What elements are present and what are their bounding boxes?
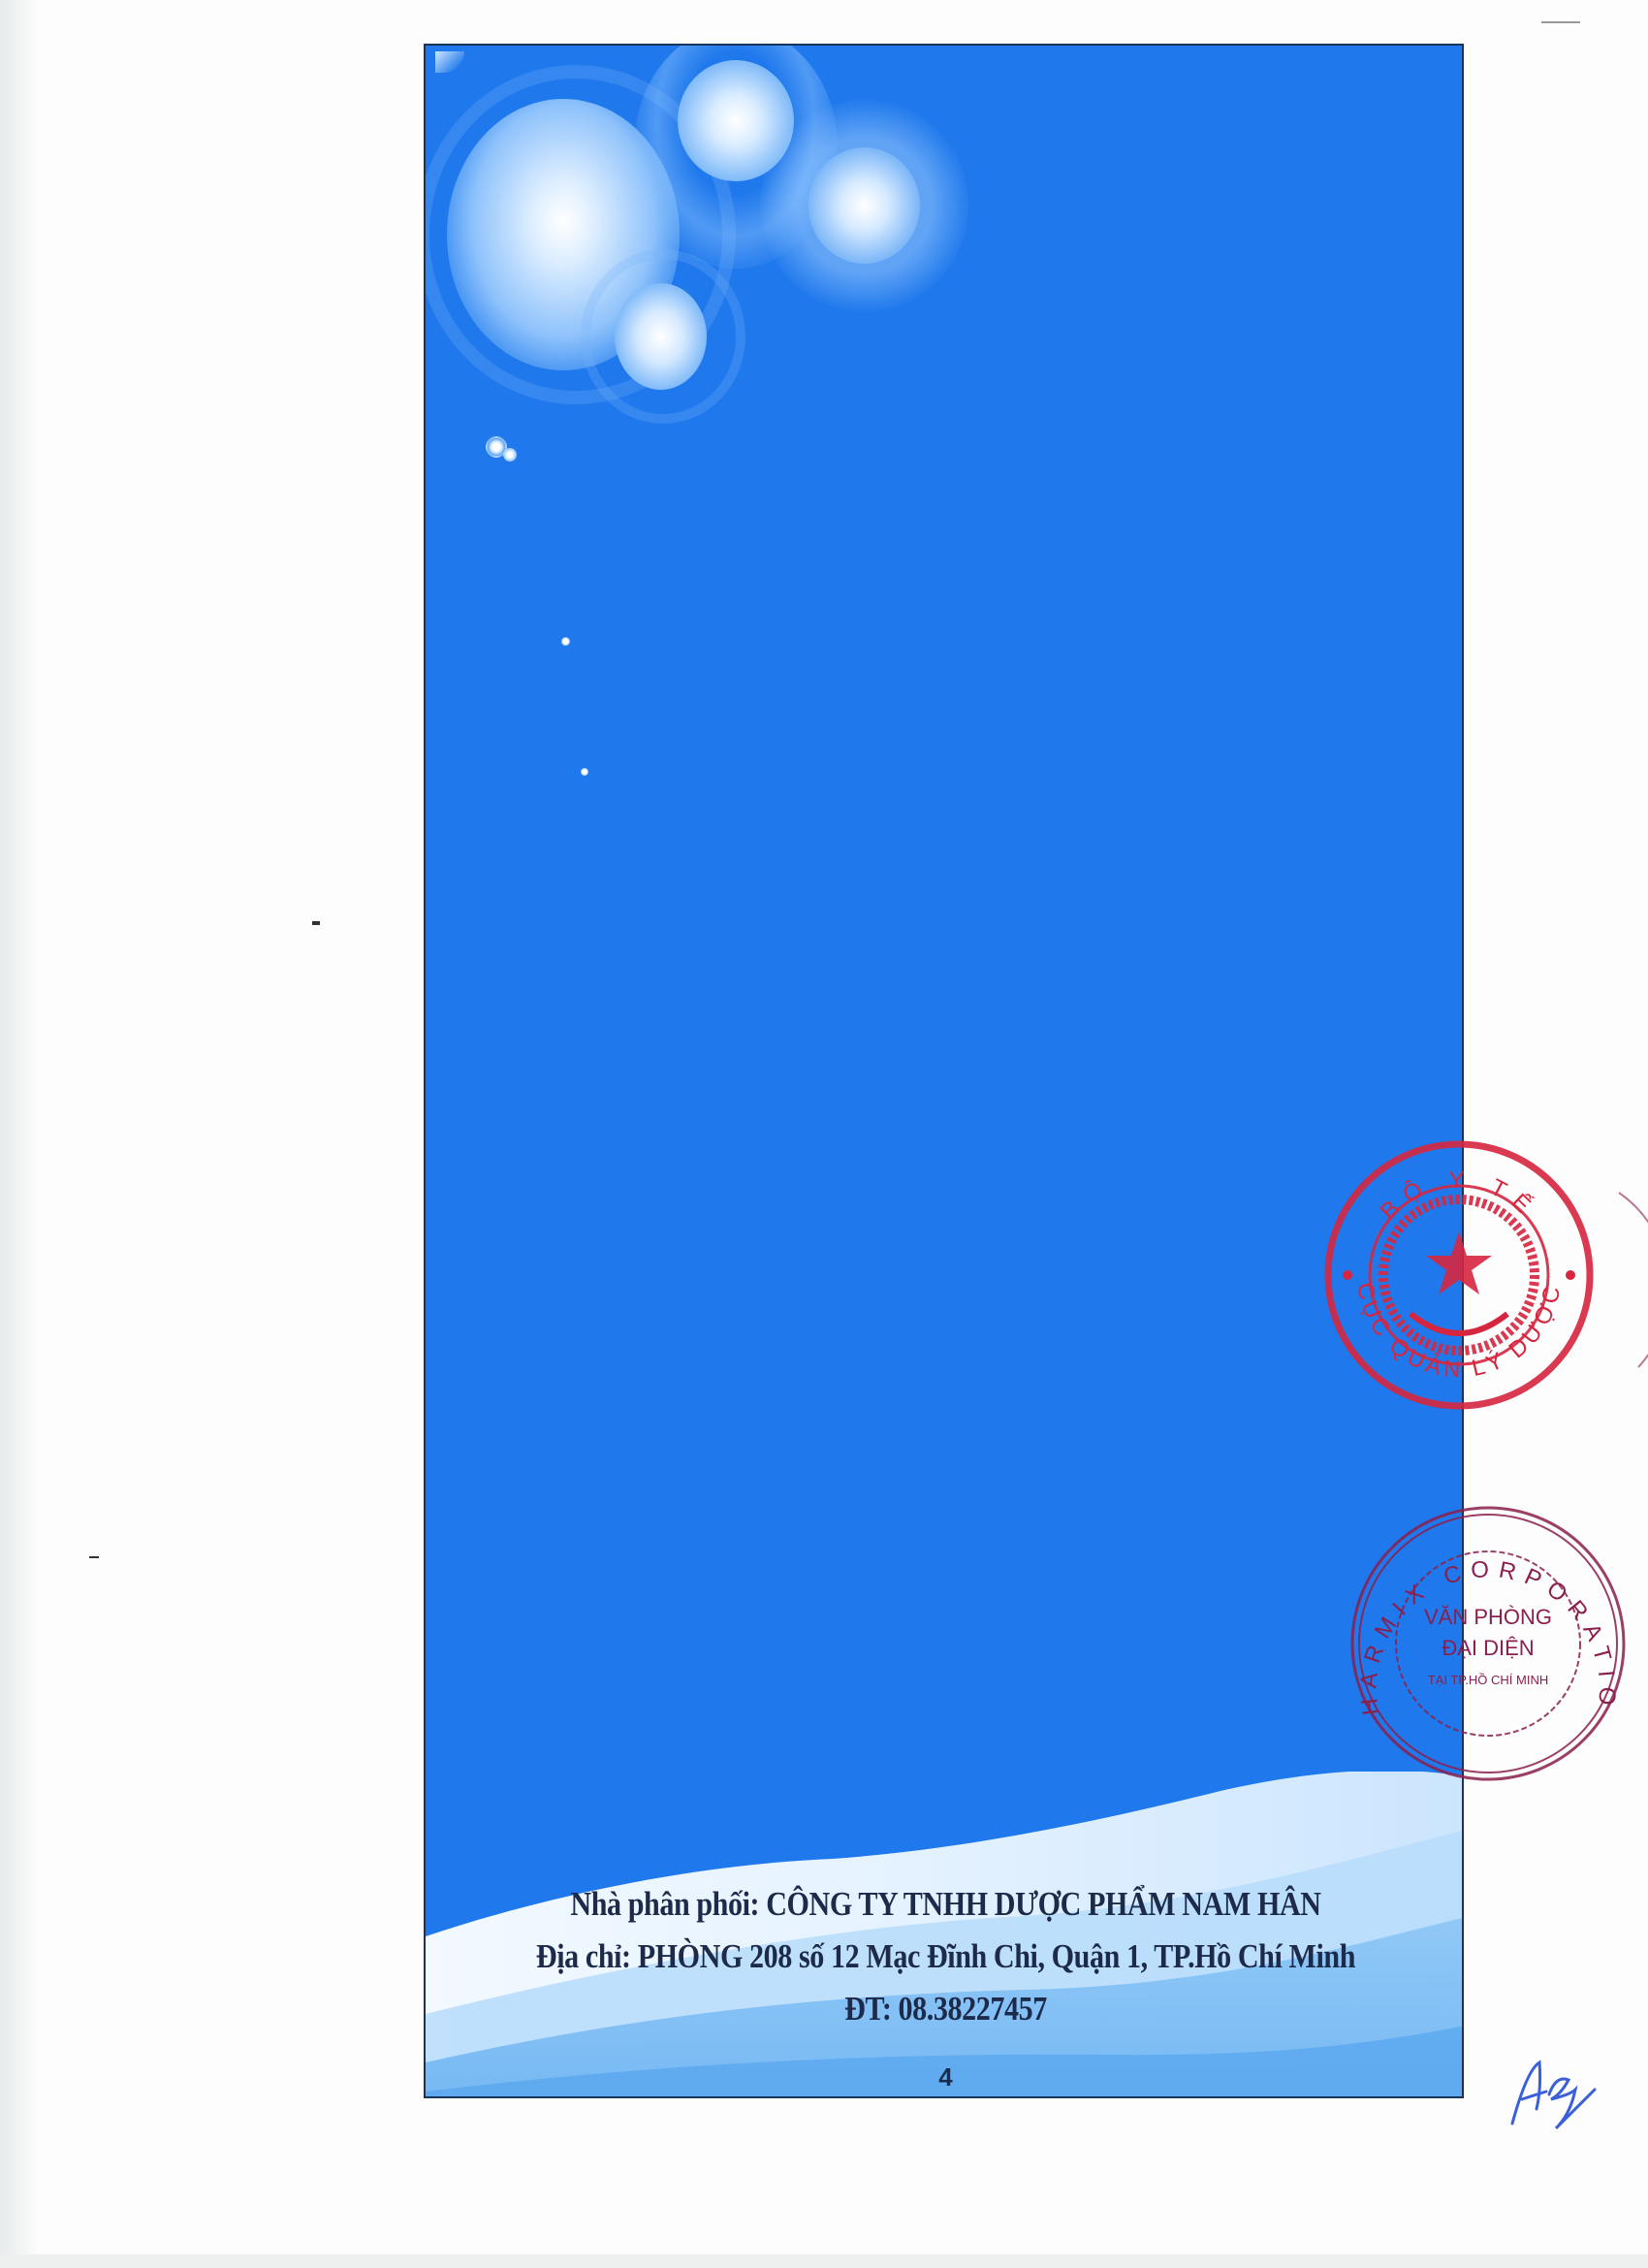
scan-edge <box>0 0 39 2268</box>
page-number: 4 <box>426 2062 1464 2092</box>
scan-speck <box>312 921 320 925</box>
scan-edge-bottom <box>0 2254 1648 2268</box>
corner-shine-decoration <box>435 51 464 73</box>
ministry-stamp: BỘ Y TẾ CỤC QUẢN LÝ DƯỢC <box>1314 1130 1604 1421</box>
pharmix-stamp: PHARMIX CORPORATION VĂN PHÒNG ĐẠI DIỆN T… <box>1343 1498 1633 1789</box>
bubble-right-decoration <box>808 147 920 264</box>
sparkle-decoration <box>581 768 588 776</box>
wave-decoration <box>426 1772 1464 2098</box>
bubble-small-decoration <box>615 283 707 390</box>
phone-line: ĐT: 08.38227457 <box>498 1990 1393 2028</box>
sparkle-decoration <box>561 637 570 646</box>
pharmix-stamp-line-3: TẠI TP.HỒ CHÍ MINH <box>1428 1673 1548 1687</box>
cover-panel: Nhà phân phối: CÔNG TY TNHH DƯỢC PHẨM NA… <box>424 44 1464 2098</box>
signature-initials <box>1503 2051 1609 2138</box>
pharmix-stamp-line-2: ĐẠI DIỆN <box>1442 1636 1534 1660</box>
scan-speck <box>89 1556 99 1558</box>
address-line: Địa chỉ: PHÒNG 208 số 12 Mạc Đĩnh Chi, Q… <box>498 1937 1393 1976</box>
sparkle-decoration <box>503 448 517 462</box>
scan-speck <box>1541 21 1580 23</box>
partial-stamp-edge <box>1609 1183 1648 1377</box>
distributor-line: Nhà phân phối: CÔNG TY TNHH DƯỢC PHẨM NA… <box>498 1885 1393 1924</box>
pharmix-stamp-line-1: VĂN PHÒNG <box>1424 1605 1552 1629</box>
